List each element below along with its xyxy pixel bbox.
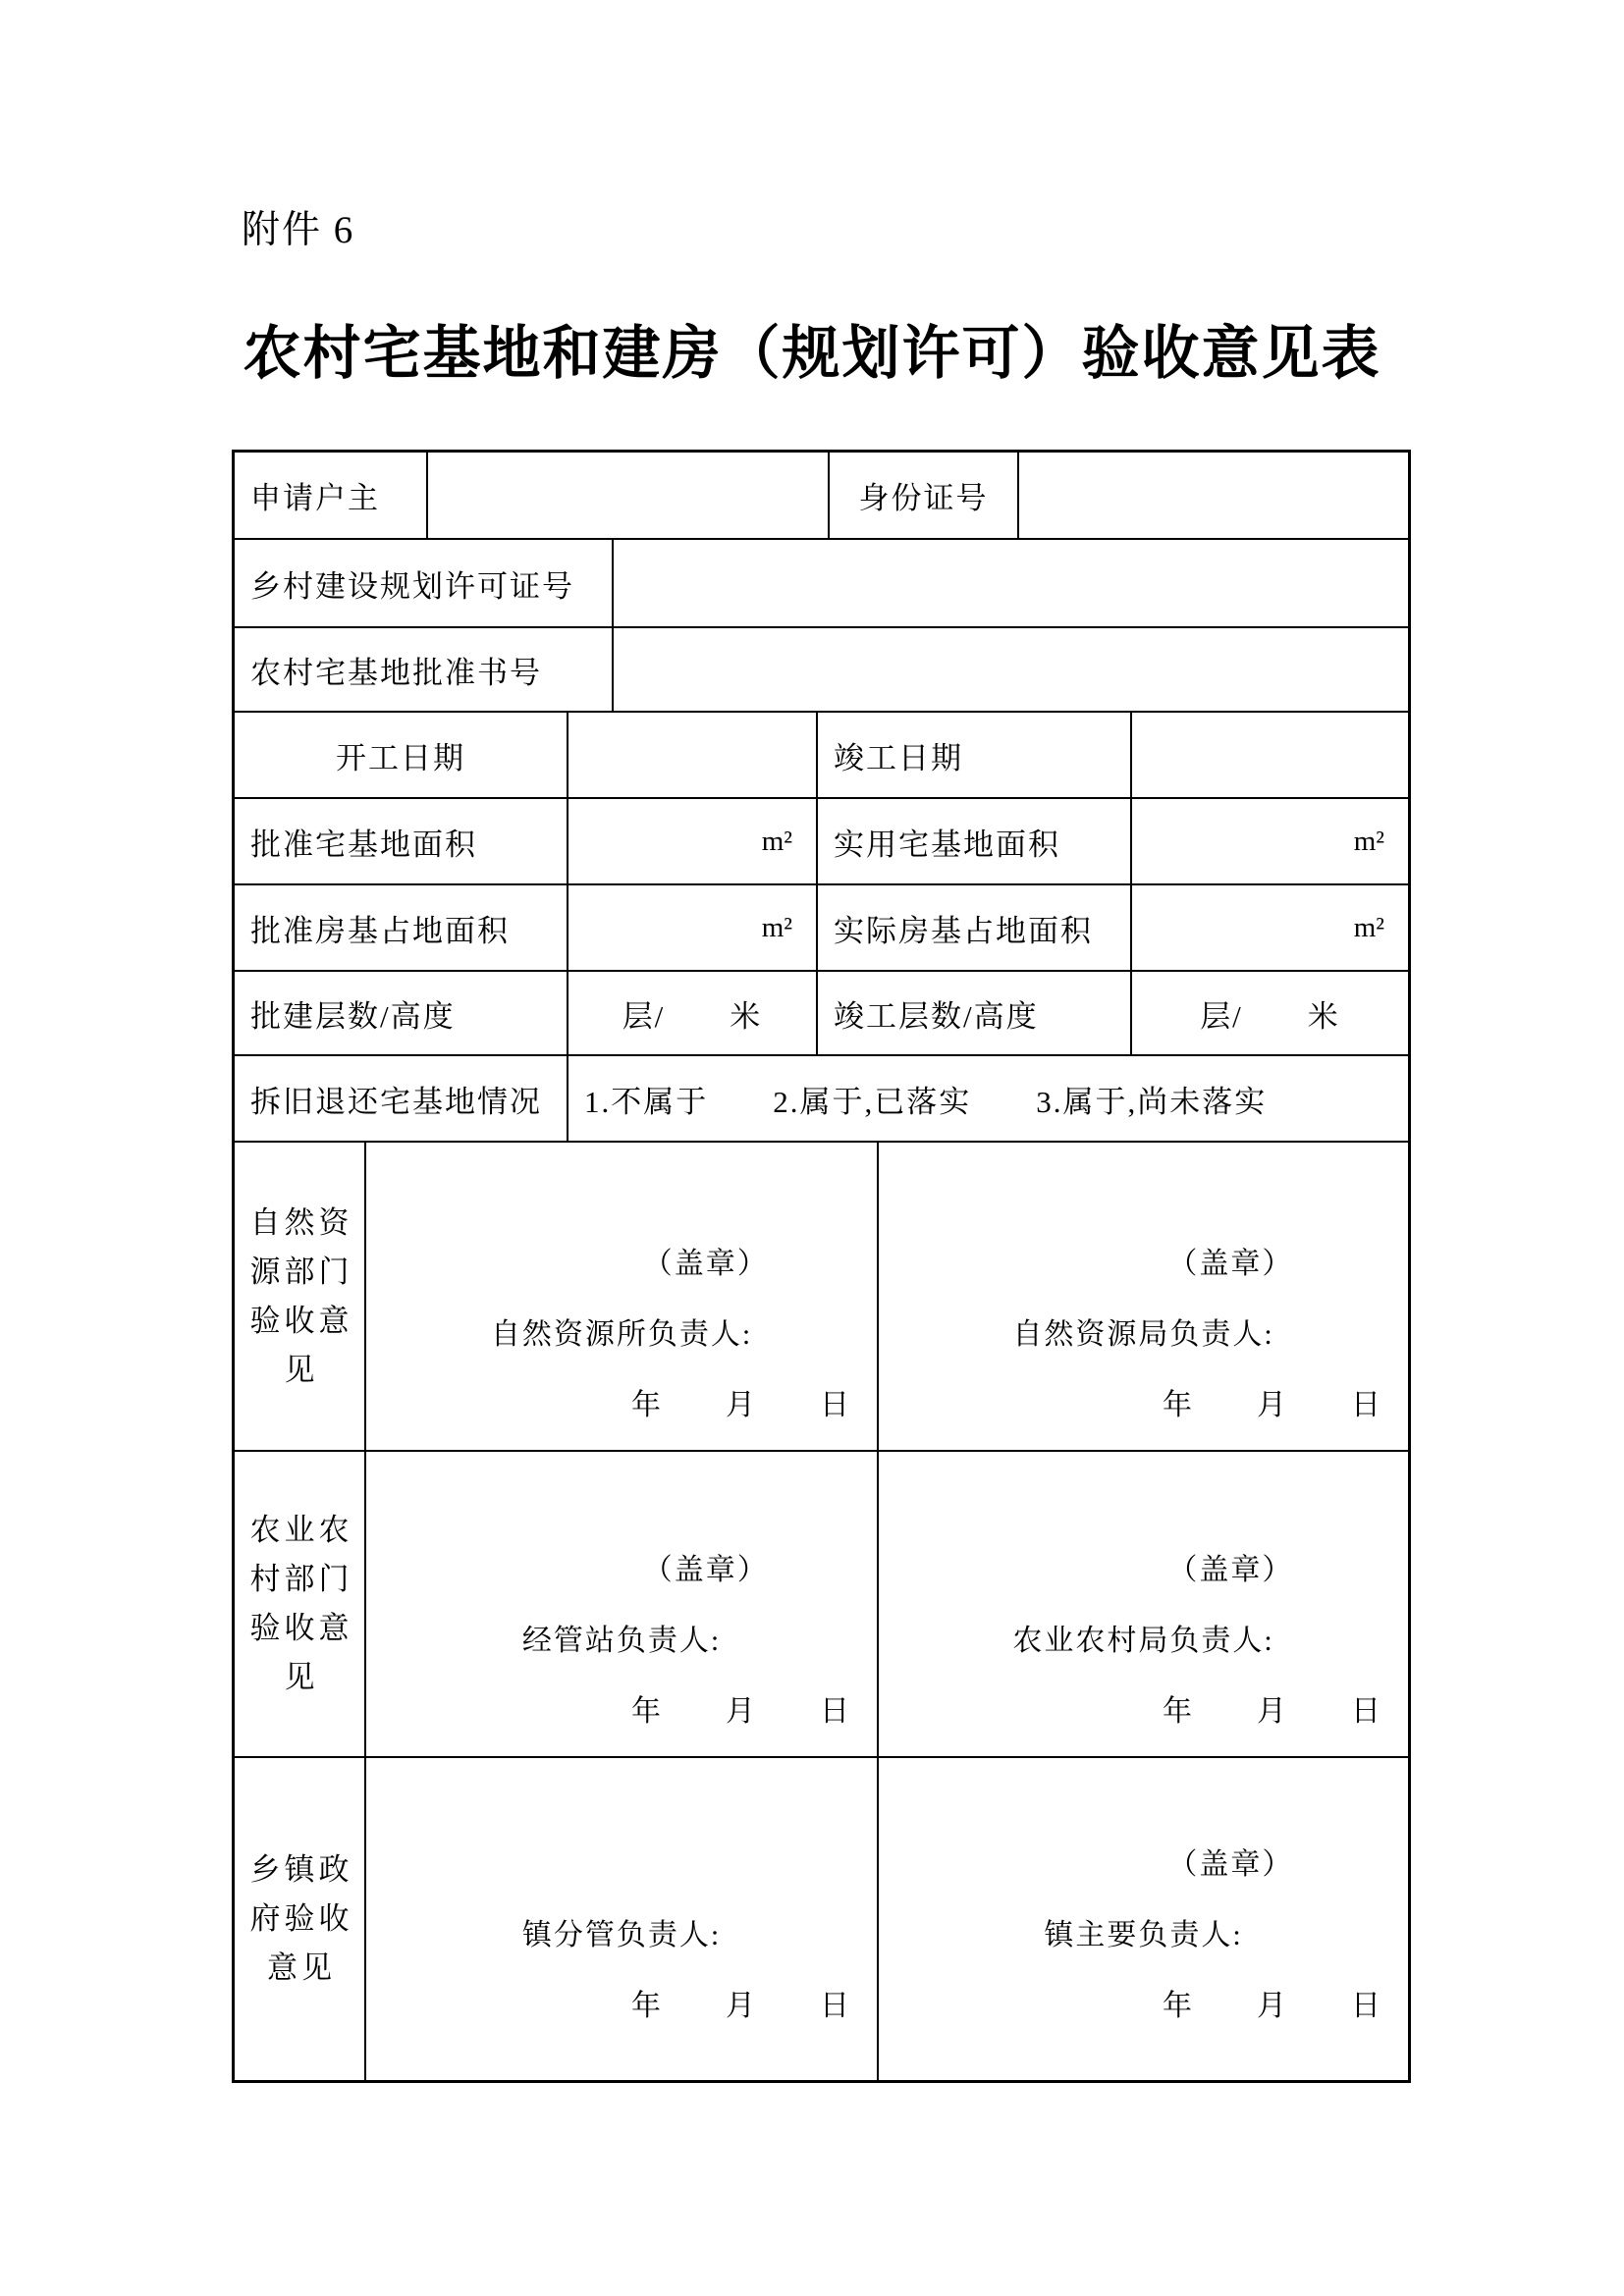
- agriculture-bureau-opinion-cell: （盖章） 农业农村局负责人: 年 月 日: [877, 1452, 1408, 1756]
- section-label-line: 自然资: [246, 1203, 353, 1243]
- row-applicant: 申请户主 身份证号: [235, 453, 1408, 538]
- applicant-value-field: [426, 453, 828, 538]
- approved-storeys-height-label: 批建层数/高度: [235, 972, 567, 1054]
- id-number-value-field: [1017, 453, 1408, 538]
- section-label-line: 见: [281, 1658, 319, 1697]
- start-date-label: 开工日期: [235, 713, 567, 797]
- homestead-approval-no-value-field: [612, 628, 1408, 711]
- row-demolition-return: 拆旧退还宅基地情况 1.不属于 2.属于,已落实 3.属于,尚未落实: [235, 1054, 1408, 1141]
- row-storeys-height: 批建层数/高度 层/ 米 竣工层数/高度 层/ 米: [235, 970, 1408, 1054]
- date-line: 年 月 日: [879, 1691, 1408, 1733]
- date-line: 年 月 日: [879, 1986, 1408, 2027]
- section-label-line: 村部门: [246, 1560, 353, 1599]
- completed-storeys-height-label: 竣工层数/高度: [816, 972, 1130, 1054]
- homestead-approval-no-label: 农村宅基地批准书号: [235, 628, 612, 711]
- attachment-label: 附件 6: [242, 199, 354, 254]
- approved-foundation-area-unit: m²: [567, 885, 816, 970]
- section-label-line: 意见: [263, 1949, 336, 1988]
- section-agriculture-rural: 农业农 村部门 验收意 见 （盖章） 经管站负责人: 年 月 日 （盖章） 农业…: [235, 1450, 1408, 1756]
- section-natural-resources: 自然资 源部门 验收意 见 （盖章） 自然资源所负责人: 年 月 日 （盖章） …: [235, 1141, 1408, 1450]
- section-township-government-label: 乡镇政 府验收 意见: [235, 1758, 364, 2080]
- page-title: 农村宅基地和建房（规划许可）验收意见表: [0, 306, 1624, 390]
- row-homestead-area: 批准宅基地面积 m² 实用宅基地面积 m²: [235, 797, 1408, 883]
- section-label-line: 农业农: [246, 1511, 353, 1550]
- completion-date-label: 竣工日期: [816, 713, 1130, 797]
- row-foundation-area: 批准房基占地面积 m² 实际房基占地面积 m²: [235, 883, 1408, 970]
- stamp-note: （盖章）: [879, 1244, 1408, 1285]
- town-principal-opinion-cell: （盖章） 镇主要负责人: 年 月 日: [877, 1758, 1408, 2080]
- section-label-line: 乡镇政: [246, 1850, 353, 1890]
- row-dates: 开工日期 竣工日期: [235, 711, 1408, 797]
- date-line: 年 月 日: [366, 1986, 877, 2027]
- approved-homestead-area-unit: m²: [567, 799, 816, 883]
- completed-storeys-height-value: 层/ 米: [1130, 972, 1408, 1054]
- applicant-label: 申请户主: [235, 453, 426, 538]
- officer-signature-label: 镇主要负责人:: [879, 1915, 1408, 1956]
- section-label-line: 验收意: [246, 1302, 353, 1341]
- stamp-note: [366, 1844, 877, 1886]
- id-number-label: 身份证号: [828, 453, 1017, 538]
- section-agriculture-rural-label: 农业农 村部门 验收意 见: [235, 1452, 364, 1756]
- stamp-note: （盖章）: [879, 1550, 1408, 1591]
- actual-foundation-area-label: 实际房基占地面积: [816, 885, 1130, 970]
- stamp-note: （盖章）: [879, 1844, 1408, 1886]
- actual-foundation-area-unit: m²: [1130, 885, 1408, 970]
- completion-date-value-field: [1130, 713, 1408, 797]
- row-homestead-approval-no: 农村宅基地批准书号: [235, 626, 1408, 711]
- planning-permit-no-value-field: [612, 540, 1408, 626]
- actual-homestead-area-unit: m²: [1130, 799, 1408, 883]
- town-deputy-opinion-cell: 镇分管负责人: 年 月 日: [364, 1758, 877, 2080]
- section-label-line: 府验收: [246, 1899, 353, 1939]
- management-station-opinion-cell: （盖章） 经管站负责人: 年 月 日: [364, 1452, 877, 1756]
- approved-foundation-area-label: 批准房基占地面积: [235, 885, 567, 970]
- officer-signature-label: 自然资源所负责人:: [366, 1314, 877, 1356]
- planning-permit-no-label: 乡村建设规划许可证号: [235, 540, 612, 626]
- section-label-line: 源部门: [246, 1253, 353, 1292]
- natural-resources-bureau-opinion-cell: （盖章） 自然资源局负责人: 年 月 日: [877, 1143, 1408, 1450]
- form-table: 申请户主 身份证号 乡村建设规划许可证号 农村宅基地批准书号 开工日期 竣工日期…: [232, 450, 1411, 2083]
- start-date-value-field: [567, 713, 816, 797]
- actual-homestead-area-label: 实用宅基地面积: [816, 799, 1130, 883]
- stamp-note: （盖章）: [366, 1244, 877, 1285]
- row-planning-permit-no: 乡村建设规划许可证号: [235, 538, 1408, 626]
- section-label-line: 验收意: [246, 1609, 353, 1648]
- natural-resources-station-opinion-cell: （盖章） 自然资源所负责人: 年 月 日: [364, 1143, 877, 1450]
- officer-signature-label: 自然资源局负责人:: [879, 1314, 1408, 1356]
- officer-signature-label: 农业农村局负责人:: [879, 1621, 1408, 1662]
- section-township-government: 乡镇政 府验收 意见 镇分管负责人: 年 月 日 （盖章） 镇主要负责人: 年 …: [235, 1756, 1408, 2080]
- section-natural-resources-label: 自然资 源部门 验收意 见: [235, 1143, 364, 1450]
- demolition-return-options: 1.不属于 2.属于,已落实 3.属于,尚未落实: [567, 1056, 1408, 1141]
- date-line: 年 月 日: [366, 1691, 877, 1733]
- approved-homestead-area-label: 批准宅基地面积: [235, 799, 567, 883]
- document-page: 附件 6 农村宅基地和建房（规划许可）验收意见表 申请户主 身份证号 乡村建设规…: [0, 0, 1624, 2296]
- date-line: 年 月 日: [879, 1385, 1408, 1426]
- approved-storeys-height-value: 层/ 米: [567, 972, 816, 1054]
- section-label-line: 见: [281, 1351, 319, 1390]
- demolition-return-label: 拆旧退还宅基地情况: [235, 1056, 567, 1141]
- officer-signature-label: 经管站负责人:: [366, 1621, 877, 1662]
- stamp-note: （盖章）: [366, 1550, 877, 1591]
- date-line: 年 月 日: [366, 1385, 877, 1426]
- officer-signature-label: 镇分管负责人:: [366, 1915, 877, 1956]
